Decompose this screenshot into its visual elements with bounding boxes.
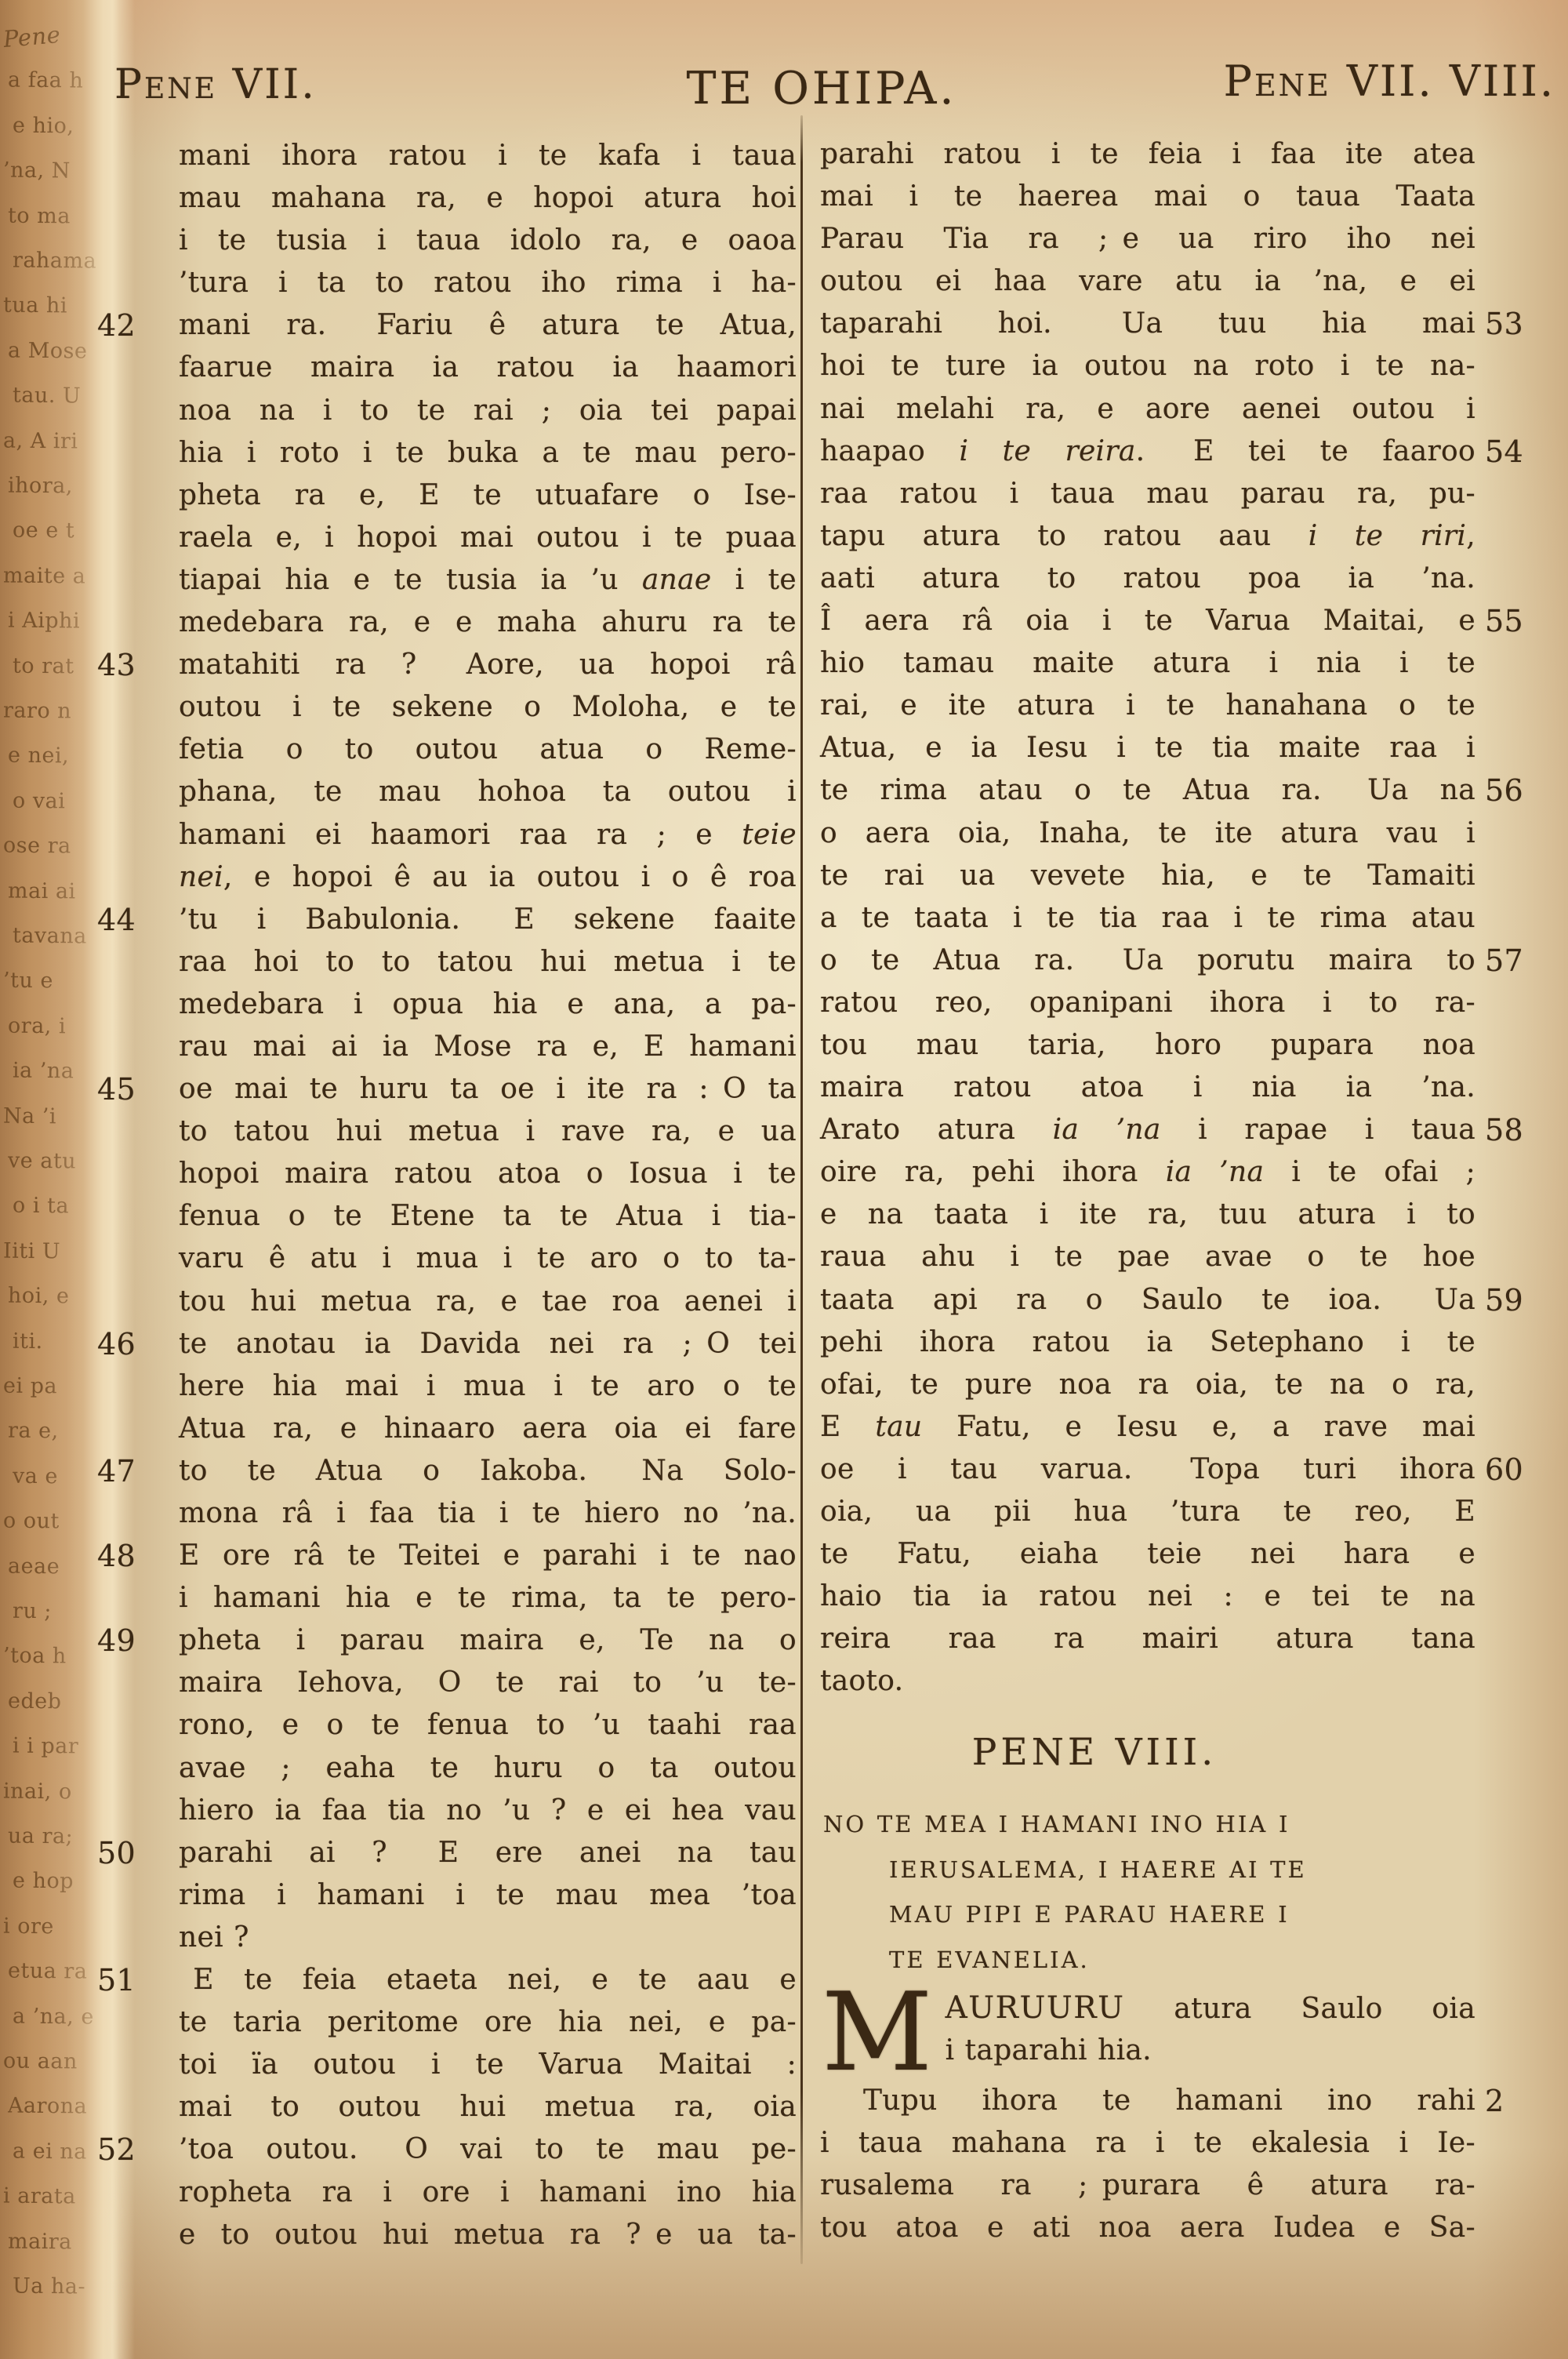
text-line: nai melahi ra, e aore aenei outou i [820,388,1475,431]
verse-text: mani ra. Fariu ê atura te Atua, [179,304,797,347]
text-line: 47to te Atua o Iakoba. Na Solo- [179,1450,797,1492]
text-line: oia, ua pii hua ’tura te reo, E [820,1491,1475,1533]
text-line: hamani ei haamori raa ra ; e teie [179,814,797,856]
text-line: rono, e o te fenua to ’u taahi raa [179,1704,797,1747]
verse-text: fenua o te Etene ta te Atua i tia- [179,1195,797,1238]
text-line: ofai, te pure noa ra oia, te na o ra, [820,1364,1475,1406]
text-line: fenua o te Etene ta te Atua i tia- [179,1195,797,1238]
verse-number: 55 [1475,600,1563,642]
text-line: outou i te sekene o Moloha, e te [179,686,797,729]
text-line: AURUURU atura Saulo oia [820,1987,1475,2030]
text-line: tou hui metua ra, e tae roa aenei i [179,1281,797,1323]
verse-text: o te Atua ra. Ua porutu maira to [820,940,1475,982]
verse-text: tou mau taria, horo pupara noa [820,1024,1475,1067]
text-line: tou atoa e ati noa aera Iudea e Sa- [820,2207,1475,2249]
verse-number: 59 [1475,1279,1563,1321]
verse-text: here hia mai i mua i te aro o te [179,1365,797,1408]
verse-text: avae ; eaha te huru o ta outou [179,1747,797,1790]
verse-text: outou ei haa vare atu ia ’na, e ei [820,260,1475,303]
text-line: 50parahi ai ? E ere anei na tau [179,1832,797,1874]
verse-number: 2 [1475,2080,1563,2122]
edge-text-fragment: Ua ha- [13,2274,85,2299]
verse-text: nei ? [179,1917,797,1959]
verse-text: ’tura i ta to ratou iho rima i ha- [179,262,797,304]
edge-text-fragment: maite a [3,563,86,588]
edge-text-fragment: va e [13,1463,58,1488]
verse-text: outou i te sekene o Moloha, e te [179,686,797,729]
text-line: ropheta ra i ore i hamani ino hia [179,2172,797,2214]
verse-text: hiero ia faa tia no ’u ? e ei hea vau [179,1790,797,1832]
text-line: phana, te mau hohoa ta outou i [179,771,797,813]
running-head-left: Pene VII. [114,61,317,108]
text-line: raua ahu i te pae avae o te hoe [820,1236,1475,1278]
verse-number: 43 [97,644,172,686]
edge-text-fragment: ’toa h [3,1644,67,1669]
verse-number: 48 [97,1535,172,1577]
column-divider-rule [800,115,803,2264]
text-line: 48E ore râ te Teitei e parahi i te nao [179,1535,797,1577]
verse-text: te rima atau o te Atua ra. Ua na [820,769,1475,812]
text-line: e na taata i ite ra, tuu atura i to [820,1194,1475,1236]
text-line: te rai ua vevete hia, e te Tamaiti [820,855,1475,897]
verse-text: reira raa ra mairi atura tana [820,1618,1475,1660]
verse-text: tiapai hia e te tusia ia ’u anae i te [179,559,797,602]
text-line: 52’toa outou. O vai to te mau pe- [179,2128,797,2171]
verse-text: nai melahi ra, e aore aenei outou i [820,388,1475,431]
verse-number: 57 [1475,940,1563,982]
text-line: here hia mai i mua i te aro o te [179,1365,797,1408]
text-line: medebara ra, e e maha ahuru ra te [179,602,797,644]
text-line: outou ei haa vare atu ia ’na, e ei [820,260,1475,303]
edge-text-fragment: ei pa [3,1374,57,1399]
edge-text-fragment: ru ; [13,1599,52,1624]
verse-text: i te tusia i taua idolo ra, e oaoa [179,220,797,262]
edge-text-fragment: rahama [13,248,97,273]
verse-text: Atua ra, e hinaaro aera oia ei fare [179,1408,797,1450]
edge-text-fragment: ora, i [8,1013,66,1038]
verse-text: haapao i te reira. E tei te faaroo [820,431,1475,473]
text-line: varu ê atu i mua i te aro o to ta- [179,1238,797,1280]
text-line: raela e, i hopoi mai outou i te puaa [179,517,797,559]
text-line: 54haapao i te reira. E tei te faaroo [820,431,1475,473]
text-line: i taparahi hia. [820,2030,1475,2072]
text-line: parahi ratou i te feia i faa ite atea [820,133,1475,176]
verse-text: raela e, i hopoi mai outou i te puaa [179,517,797,559]
verse-text: E tau Fatu, e Iesu e, a rave mai [820,1406,1475,1448]
verse-text: oia, ua pii hua ’tura te reo, E [820,1491,1475,1533]
text-line: raa hoi to to tatou hui metua i te [179,941,797,983]
verse-text: tou hui metua ra, e tae roa aenei i [179,1281,797,1323]
verse-text: maira Iehova, O te rai to ’u te- [179,1662,797,1704]
edge-text-fragment: e hio, [13,113,74,138]
edge-text-fragment: ua ra; [8,1824,73,1849]
verse-text: varu ê atu i mua i te aro o to ta- [179,1238,797,1280]
verse-text: rima i hamani i te mau mea ’toa [179,1874,797,1917]
text-line: 58Arato atura ia ’na i rapae i taua [820,1109,1475,1151]
verse-text: pehi ihora ratou ia Setephano i te [820,1321,1475,1364]
verse-number: 47 [97,1450,172,1492]
verse-text: ropheta ra i ore i hamani ino hia [179,2172,797,2214]
scanned-book-page: Penea faa he hio,’na, Nto marahamatua hi… [0,0,1568,2359]
edge-text-fragment: edeb [8,1688,62,1714]
verse-text: rono, e o te fenua to ’u taahi raa [179,1704,797,1747]
text-line: o aera oia, Inaha, te ite atura vau i [820,812,1475,855]
verse-text: parahi ai ? E ere anei na tau [179,1832,797,1874]
verse-text: taata api ra o Saulo te ioa. Ua [820,1279,1475,1321]
verse-number: 42 [97,304,172,347]
right-text-column: PENE VIII. NO TE MEA I HAMANI INO HIA I … [820,133,1475,1703]
verse-number: 51 [97,1959,172,2001]
verse-text: hamani ei haamori raa ra ; e teie [179,814,797,856]
verse-text: te rai ua vevete hia, e te Tamaiti [820,855,1475,897]
verse-text: oe i tau varua. Topa turi ihora [820,1448,1475,1491]
text-line: noa na i to te rai ; oia tei papai [179,390,797,432]
text-line: 2Tupu ihora te hamani ino rahi [820,2080,1475,2122]
text-line: Parau Tia ra ; e ua riro iho nei [820,218,1475,260]
text-line: ’tura i ta to ratou iho rima i ha- [179,262,797,304]
left-text-column: mani ihora ratou i te kafa i tauamau mah… [179,135,797,2256]
verse-text: parahi ratou i te feia i faa ite atea [820,133,1475,176]
edge-text-fragment: ihora, [8,474,73,499]
verse-text: mona râ i faa tia i te hiero no ’na. [179,1492,797,1535]
verse-text: te taria peritome ore hia nei, e pa- [179,2001,797,2044]
edge-text-fragment: i ore [3,1914,54,1939]
edge-text-fragment: to rat [13,653,74,678]
verse-number: 49 [97,1619,172,1662]
text-line: mai to outou hui metua ra, oia [179,2086,797,2128]
text-line: rai, e ite atura i te hanahana o te [820,685,1475,727]
text-line: rusalema ra ; purara ê atura ra- [820,2165,1475,2207]
verse-text: raua ahu i te pae avae o te hoe [820,1236,1475,1278]
verse-text: i taua mahana ra i te ekalesia i Ie- [820,2122,1475,2165]
verse-text: medebara i opua hia e ana, a pa- [179,983,797,1026]
edge-text-fragment: a ’na, e [13,2004,94,2029]
drop-cap-lines: AURUURU atura Saulo oiai taparahi hia. [820,1987,1475,2072]
chapter-opening-paragraph: M AURUURU atura Saulo oiai taparahi hia. [820,1987,1475,2074]
verse-text: noa na i to te rai ; oia tei papai [179,390,797,432]
verse-text: haio tia ia ratou nei : e tei te na [820,1576,1475,1618]
edge-text-fragment: ia ’na [13,1059,74,1084]
verse-text: phana, te mau hohoa ta outou i [179,771,797,813]
verse-text: ofai, te pure noa ra oia, te na o ra, [820,1364,1475,1406]
edge-text-fragment: Na ’i [3,1103,56,1129]
text-line: tiapai hia e te tusia ia ’u anae i te [179,559,797,602]
text-line: 42mani ra. Fariu ê atura te Atua, [179,304,797,347]
edge-text-fragment: aeae [8,1554,60,1579]
verse-text: tou atoa e ati noa aera Iudea e Sa- [820,2207,1475,2249]
text-line: to tatou hui metua i rave ra, e ua [179,1110,797,1153]
edge-text-fragment: e nei, [8,743,69,769]
verse-text: Tupu ihora te hamani ino rahi [820,2080,1475,2122]
verse-text: tapu atura to ratou aau i te riri, [820,515,1475,558]
text-line: 44’tu i Babulonia. E sekene faaite [179,899,797,941]
chapter-summary-line: IERUSALEMA, I HAERE AI TE [823,1848,1458,1893]
text-line: reira raa ra mairi atura tana [820,1618,1475,1660]
text-line: mona râ i faa tia i te hiero no ’na. [179,1492,797,1535]
edge-text-fragment: ’tu e [3,969,53,994]
verse-text: Atua, e ia Iesu i te tia maite raa i [820,727,1475,769]
text-line: nei, e hopoi ê au ia outou i o ê roa [179,856,797,899]
verse-text: maira ratou atoa i nia ia ’na. [820,1067,1475,1109]
verse-text: a te taata i te tia raa i te rima atau [820,897,1475,940]
edge-text-fragment: e hop [13,1869,74,1894]
verse-text: pheta i parau maira e, Te na o [179,1619,797,1662]
text-line: 55Î aera râ oia i te Varua Maitai, e [820,600,1475,642]
verse-text: ’tu i Babulonia. E sekene faaite [179,899,797,941]
text-line: pheta ra e, E te utuafare o Ise- [179,474,797,517]
verse-text: oire ra, pehi ihora ia ’na i te ofai ; [820,1151,1475,1194]
verse-text: AURUURU atura Saulo oia [820,1987,1475,2030]
text-line: te taria peritome ore hia nei, e pa- [179,2001,797,2044]
edge-text-fragment: ose ra [3,834,71,859]
verse-number: 60 [1475,1448,1563,1491]
verse-text: raa ratou i taua mau parau ra, pu- [820,473,1475,515]
edge-text-fragment: a Mose [8,338,88,363]
edge-text-fragment: tau. U [13,383,82,409]
text-line: hio tamau maite atura i nia i te [820,642,1475,685]
text-line: ratou reo, opanipani ihora i to ra- [820,982,1475,1024]
verse-text: ’toa outou. O vai to te mau pe- [179,2128,797,2171]
text-line: raa ratou i taua mau parau ra, pu- [820,473,1475,515]
chapter-summary-line: MAU PIPI E PARAU HAERE I [823,1892,1458,1938]
text-line: 43matahiti ra ? Aore, ua hopoi râ [179,644,797,686]
edge-text-fragment: mai ai [8,878,76,903]
text-line: oire ra, pehi ihora ia ’na i te ofai ; [820,1151,1475,1194]
edge-text-fragment: i i par [13,1734,79,1759]
verse-text: Arato atura ia ’na i rapae i taua [820,1109,1475,1151]
text-line: 49pheta i parau maira e, Te na o [179,1619,797,1662]
verse-text: taoto. [820,1660,1475,1703]
verse-text: i hamani hia e te rima, ta te pero- [179,1577,797,1619]
edge-text-fragment: Iiti U [3,1238,60,1263]
verse-text: Parau Tia ra ; e ua riro iho nei [820,218,1475,260]
edge-text-fragment: Aarona [8,2094,88,2119]
verse-text: taparahi hoi. Ua tuu hia mai [820,303,1475,345]
verse-text: medebara ra, e e maha ahuru ra te [179,602,797,644]
edge-text-fragment: ra e, [8,1419,59,1444]
verse-text: te Fatu, eiaha teie nei hara e [820,1533,1475,1576]
verse-text: matahiti ra ? Aore, ua hopoi râ [179,644,797,686]
verse-text: i taparahi hia. [820,2030,1475,2072]
text-line: a te taata i te tia raa i te rima atau [820,897,1475,940]
verse-text: E ore râ te Teitei e parahi i te nao [179,1535,797,1577]
edge-text-fragment: raro n [3,699,71,724]
verse-number: 56 [1475,769,1563,812]
text-line: rau mai ai ia Mose ra e, E hamani [179,1026,797,1068]
verse-text: rau mai ai ia Mose ra e, E hamani [179,1026,797,1068]
verse-text: nei, e hopoi ê au ia outou i o ê roa [179,856,797,899]
edge-text-fragment: inai, o [3,1779,72,1804]
text-line: 51 E te feia etaeta nei, e te aau e [179,1959,797,2001]
text-line: taoto. [820,1660,1475,1703]
text-line: E tau Fatu, e Iesu e, a rave mai [820,1406,1475,1448]
text-line: toi ïa outou i te Varua Maitai : [179,2044,797,2086]
text-line: 57o te Atua ra. Ua porutu maira to [820,940,1475,982]
verse-text: pheta ra e, E te utuafare o Ise- [179,474,797,517]
text-line: nei ? [179,1917,797,1959]
text-line: mai i te haerea mai o taua Taata [820,176,1475,218]
verse-text: oe mai te huru ta oe i ite ra : O ta [179,1068,797,1110]
verse-text: hoi te ture ia outou na roto i te na- [820,345,1475,387]
chapter-summary-line: NO TE MEA I HAMANI INO HIA I [823,1802,1458,1848]
text-line: mani ihora ratou i te kafa i taua [179,135,797,177]
edge-text-fragment: etua ra [8,1959,88,1984]
verse-text: to tatou hui metua i rave ra, e ua [179,1110,797,1153]
verse-number: 44 [97,899,172,941]
text-line: haio tia ia ratou nei : e tei te na [820,1576,1475,1618]
edge-text-fragment: o out [3,1509,60,1534]
text-line: maira ratou atoa i nia ia ’na. [820,1067,1475,1109]
text-line: medebara i opua hia e ana, a pa- [179,983,797,1026]
verse-text: hopoi maira ratou atoa o Iosua i te [179,1153,797,1195]
text-line: hopoi maira ratou atoa o Iosua i te [179,1153,797,1195]
verse-text: o aera oia, Inaha, te ite atura vau i [820,812,1475,855]
verse-text: ratou reo, opanipani ihora i to ra- [820,982,1475,1024]
verse-text: toi ïa outou i te Varua Maitai : [179,2044,797,2086]
text-line: 53taparahi hoi. Ua tuu hia mai [820,303,1475,345]
verse-text: raa hoi to to tatou hui metua i te [179,941,797,983]
verse-text: mai to outou hui metua ra, oia [179,2086,797,2128]
chapter-verse-lines: 2Tupu ihora te hamani ino rahii taua mah… [820,2080,1475,2249]
text-line: i taua mahana ra i te ekalesia i Ie- [820,2122,1475,2165]
verse-text: fetia o to outou atua o Reme- [179,729,797,771]
text-line: Atua, e ia Iesu i te tia maite raa i [820,727,1475,769]
edge-text-fragment: maira [8,2229,72,2254]
edge-text-fragment: ve atu [8,1149,76,1174]
verse-text: hio tamau maite atura i nia i te [820,642,1475,685]
text-line: 60oe i tau varua. Topa turi ihora [820,1448,1475,1491]
verse-text: e to outou hui metua ra ? e ua ta- [179,2214,797,2256]
verse-text: to te Atua o Iakoba. Na Solo- [179,1450,797,1492]
verse-text: mai i te haerea mai o taua Taata [820,176,1475,218]
text-line: faarue maira ia ratou ia haamori [179,347,797,389]
text-line: Atua ra, e hinaaro aera oia ei fare [179,1408,797,1450]
text-line: pehi ihora ratou ia Setephano i te [820,1321,1475,1364]
edge-text-fragment: ’na, N [3,158,71,184]
verse-text: te anotau ia Davida nei ra ; O tei [179,1323,797,1365]
text-line: 59taata api ra o Saulo te ioa. Ua [820,1279,1475,1321]
edge-text-fragment: a faa h [8,68,84,93]
chapter-heading: PENE VIII. [820,1732,1369,1774]
text-line: 45oe mai te huru ta oe i ite ra : O ta [179,1068,797,1110]
edge-text-fragment: oe e t [13,518,75,543]
verse-text: Î aera râ oia i te Varua Maitai, e [820,600,1475,642]
verse-text: mani ihora ratou i te kafa i taua [179,135,797,177]
verse-text: hia i roto i te buka a te mau pero- [179,432,797,474]
facing-page-edge: Penea faa he hio,’na, Nto marahamatua hi… [0,0,119,2359]
verse-text: mau mahana ra, e hopoi atura hoi [179,177,797,220]
edge-text-fragment: to ma [8,203,71,228]
text-line: hiero ia faa tia no ’u ? e ei hea vau [179,1790,797,1832]
verse-text: rusalema ra ; purara ê atura ra- [820,2165,1475,2207]
text-line: avae ; eaha te huru o ta outou [179,1747,797,1790]
verse-number: 58 [1475,1109,1563,1151]
text-line: aati atura to ratou poa ia ’na. [820,558,1475,600]
verse-number: 53 [1475,303,1563,345]
text-line: tou mau taria, horo pupara noa [820,1024,1475,1067]
text-line: maira Iehova, O te rai to ’u te- [179,1662,797,1704]
edge-text-fragment: i Aiphi [8,609,80,634]
verse-text: e na taata i ite ra, tuu atura i to [820,1194,1475,1236]
verse-number: 46 [97,1323,172,1365]
text-line: rima i hamani i te mau mea ’toa [179,1874,797,1917]
text-line: hoi te ture ia outou na roto i te na- [820,345,1475,387]
verse-text: aati atura to ratou poa ia ’na. [820,558,1475,600]
text-line: tapu atura to ratou aau i te riri, [820,515,1475,558]
verse-text: rai, e ite atura i te hanahana o te [820,685,1475,727]
edge-text-fragment: hoi, e [8,1284,70,1309]
verse-text: faarue maira ia ratou ia haamori [179,347,797,389]
edge-text-fragment: o vai [13,788,66,813]
edge-text-fragment: a, A iri [3,428,78,453]
edge-text-fragment: tua hi [3,293,67,318]
text-line: hia i roto i te buka a te mau pero- [179,432,797,474]
verse-number: 45 [97,1068,172,1110]
verse-number: 50 [97,1832,172,1874]
edge-text-fragment: Pene [2,21,62,53]
verse-number: 54 [1475,431,1563,473]
text-line: 56te rima atau o te Atua ra. Ua na [820,769,1475,812]
edge-text-fragment: a ei na [13,2139,87,2164]
edge-text-fragment: ou aan [3,2049,78,2074]
edge-text-fragment: iti. [13,1329,43,1353]
verse-text: E te feia etaeta nei, e te aau e [179,1959,797,2001]
text-line: mau mahana ra, e hopoi atura hoi [179,177,797,220]
text-line: te Fatu, eiaha teie nei hara e [820,1533,1475,1576]
text-line: fetia o to outou atua o Reme- [179,729,797,771]
edge-text-fragment: o i ta [13,1194,69,1219]
text-line: 46te anotau ia Davida nei ra ; O tei [179,1323,797,1365]
chapter-summary: NO TE MEA I HAMANI INO HIA I IERUSALEMA,… [823,1802,1458,1983]
verse-number: 52 [97,2128,172,2171]
page-title: TE OHIPA. [686,63,956,114]
edge-text-fragment: i arata [3,2184,76,2209]
text-line: e to outou hui metua ra ? e ua ta- [179,2214,797,2256]
text-line: i te tusia i taua idolo ra, e oaoa [179,220,797,262]
text-line: i hamani hia e te rima, ta te pero- [179,1577,797,1619]
running-head-right: Pene VII. VIII. [1224,56,1555,106]
edge-text-fragment: tavana [13,924,87,949]
